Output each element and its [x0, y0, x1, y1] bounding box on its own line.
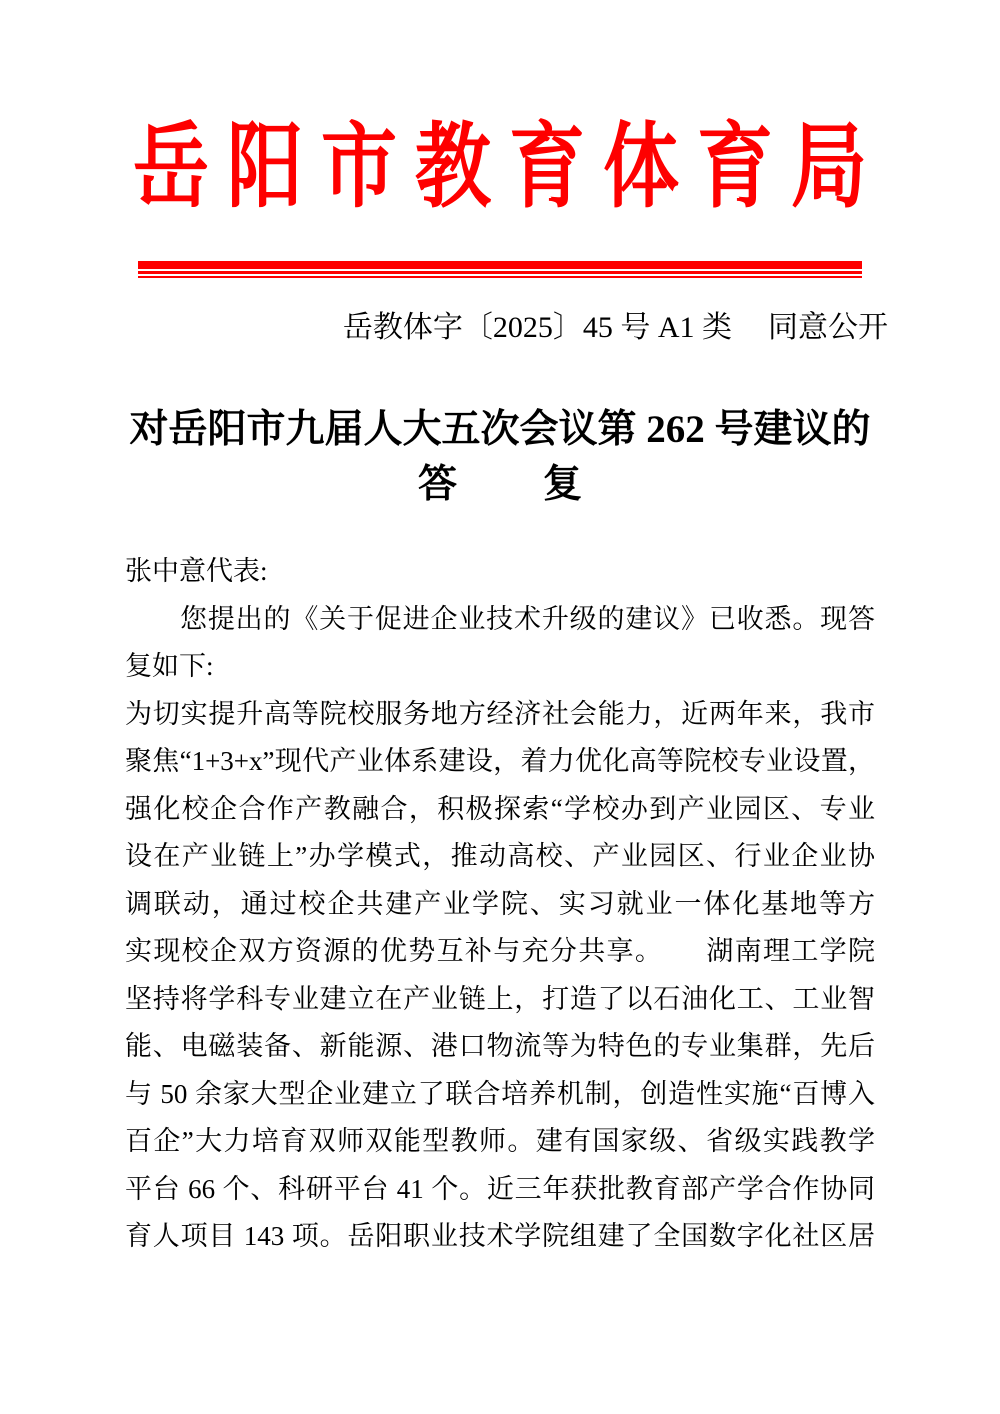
body-line: 百企”大力培育双师双能型教师。建有国家级、省级实践教学 — [125, 1118, 875, 1166]
red-divider-line — [138, 261, 862, 278]
agency-letterhead-title: 岳阳市教育体育局 — [18, 107, 1000, 229]
document-page: 岳阳市教育体育局 岳教体字〔2025〕45 号 A1 类同意公开 对岳阳市九届人… — [0, 0, 1000, 1414]
title-line2-right-char: 复 — [543, 463, 582, 506]
body-line: 能、电磁装备、新能源、港口物流等为特色的专业集群，先后 — [125, 1023, 875, 1071]
body-line: 坚持将学科专业建立在产业链上，打造了以石油化工、工业智 — [125, 976, 875, 1024]
body-line: 您提出的《关于促进企业技术升级的建议》已收悉。现答 — [125, 596, 875, 644]
body-line: 平台 66 个、科研平台 41 个。近三年获批教育部产学合作协同 — [125, 1166, 875, 1214]
title-line-1: 对岳阳市九届人大五次会议第 262 号建议的 — [125, 402, 875, 457]
title-line-2: 答复 — [125, 457, 875, 512]
body-line: 聚焦“1+3+x”现代产业体系建设，着力优化高等院校专业设置， — [125, 738, 875, 786]
body-line: 张中意代表: — [125, 548, 875, 596]
divider-stripe-thin — [138, 276, 862, 278]
doc-meta-line: 岳教体字〔2025〕45 号 A1 类同意公开 — [343, 308, 888, 348]
divider-stripe-medium — [138, 271, 862, 274]
body-line: 设在产业链上”办学模式，推动高校、产业园区、行业企业协 — [125, 833, 875, 881]
document-title: 对岳阳市九届人大五次会议第 262 号建议的 答复 — [125, 402, 875, 512]
title-line2-left-char: 答 — [418, 463, 457, 506]
body-line: 强化校企合作产教融合，积极探索“学校办到产业园区、专业 — [125, 786, 875, 834]
disclosure-status: 同意公开 — [768, 311, 888, 344]
body-line: 复如下: — [125, 643, 875, 691]
doc-number: 岳教体字〔2025〕45 号 A1 类 — [343, 311, 732, 344]
body-line: 育人项目 143 项。岳阳职业技术学院组建了全国数字化社区居 — [125, 1213, 875, 1261]
document-body: 张中意代表:您提出的《关于促进企业技术升级的建议》已收悉。现答复如下:为切实提升… — [125, 548, 875, 1261]
body-line: 调联动，通过校企共建产业学院、实习就业一体化基地等方式， — [125, 881, 875, 929]
divider-stripe-thick — [138, 261, 862, 269]
body-line: 为切实提升高等院校服务地方经济社会能力，近两年来，我市 — [125, 691, 875, 739]
body-line: 实现校企双方资源的优势互补与充分共享。 湖南理工学院 — [125, 928, 875, 976]
body-line: 与 50 余家大型企业建立了联合培养机制，创造性实施“百博入 — [125, 1071, 875, 1119]
